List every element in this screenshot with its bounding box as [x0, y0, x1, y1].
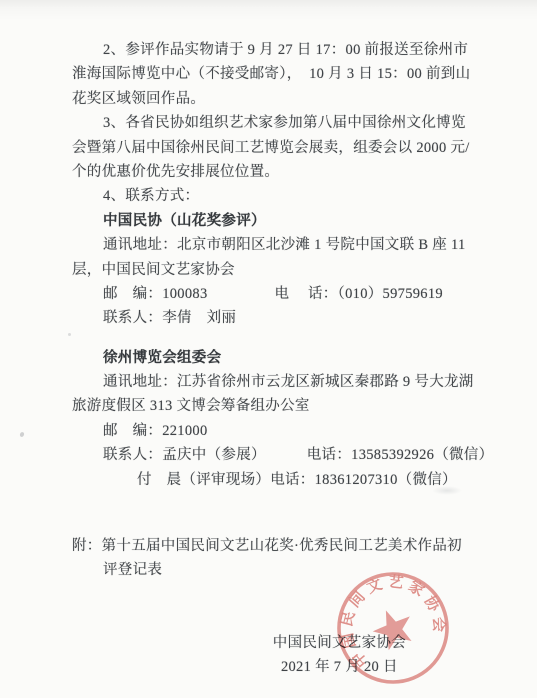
- body-line: 个的优惠价优先安排展位位置。: [72, 160, 472, 184]
- body-line: 花奖区域领回作品。: [72, 87, 472, 111]
- postal-code-line: 邮 编：221000: [72, 419, 472, 443]
- contact-name-label: 联系人：孟庆中（参展）: [103, 447, 266, 463]
- contact-heading-cnmfa: 中国民协（山花奖参评）: [72, 209, 472, 233]
- paragraph-expo-booth: 3、各省民协如组织艺术家参加第八届中国徐州文化博览 会暨第八届中国徐州民间工艺博…: [72, 111, 472, 184]
- phone-label: 电话：13585392926（微信）: [307, 447, 494, 463]
- body-line: 淮海国际博览中心（不接受邮寄）， 10 月 3 日 15：00 前到山: [72, 62, 472, 86]
- star-icon: [367, 603, 418, 653]
- phone-label: 电 话：（010）59759619: [274, 286, 443, 302]
- body-line: 4、联系方式：: [72, 184, 472, 208]
- address-line: 通讯地址：江苏省徐州市云龙区新城区秦郡路 9 号大龙湖: [72, 370, 472, 394]
- contact-person-line: 联系人：孟庆中（参展） 电话：13585392926（微信）: [72, 443, 472, 467]
- address-line: 层，中国民间文艺家协会: [72, 258, 472, 282]
- scanned-document-page: 2、参评作品实物请于 9 月 27 日 17：00 前报送至徐州市 淮海国际博览…: [0, 0, 537, 698]
- section-contact-xuzhou: 徐州博览会组委会 通讯地址：江苏省徐州市云龙区新城区秦郡路 9 号大龙湖 旅游度…: [72, 346, 472, 492]
- body-line: 2、参评作品实物请于 9 月 27 日 17：00 前报送至徐州市: [72, 38, 472, 62]
- attachment-line: 附：第十五届中国民间文艺山花奖·优秀民间工艺美术作品初: [72, 534, 472, 558]
- postal-code-label: 邮 编：100083: [103, 286, 208, 302]
- scan-speck: [19, 431, 25, 437]
- section-contact-cnmfa: 中国民协（山花奖参评） 通讯地址：北京市朝阳区北沙滩 1 号院中国文联 B 座 …: [72, 209, 472, 331]
- body-line: 3、各省民协如组织艺术家参加第八届中国徐州文化博览: [72, 111, 472, 135]
- body-line: 会暨第八届中国徐州民间工艺博览会展卖，组委会以 2000 元/: [72, 136, 472, 160]
- contact-person-line: 联系人：李倩 刘丽: [72, 306, 472, 330]
- paragraph-contact-intro: 4、联系方式：: [72, 184, 472, 208]
- address-line: 通讯地址：北京市朝阳区北沙滩 1 号院中国文联 B 座 11: [72, 233, 472, 257]
- official-seal-stamp: 中国民间文艺家协会: [330, 567, 460, 691]
- address-line: 旅游度假区 313 文博会筹备组办公室: [72, 394, 472, 418]
- paragraph-submission-deadline: 2、参评作品实物请于 9 月 27 日 17：00 前报送至徐州市 淮海国际博览…: [72, 38, 472, 111]
- contact-person-line: 付 晨（评审现场）电话：18361207310（微信）: [72, 468, 472, 492]
- postal-phone-line: 邮 编：100083 电 话：（010）59759619: [72, 282, 472, 306]
- scan-speck: [68, 333, 71, 336]
- contact-heading-xuzhou: 徐州博览会组委会: [72, 346, 472, 370]
- scan-smudge: [432, 486, 462, 495]
